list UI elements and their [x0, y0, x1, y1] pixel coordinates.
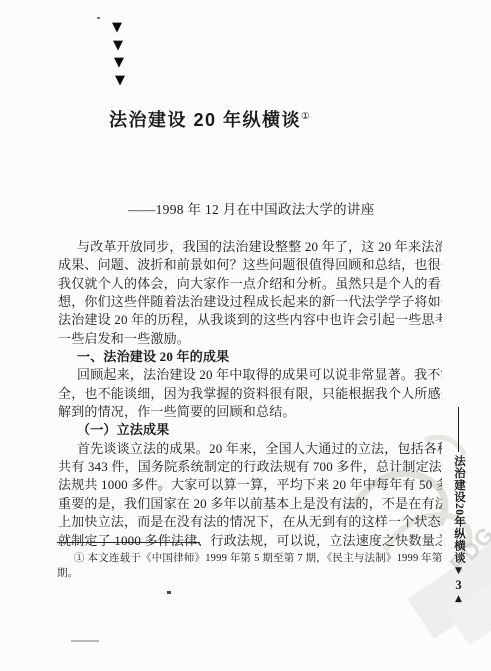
- down-triangle-icon: ▼: [113, 37, 123, 55]
- chapter-title-text: 法治建设 20 年纵横谈: [109, 110, 301, 130]
- body-line: 成果、问题、波折和前景如何？这些问题很值得回顾和总结，也很值得展望。: [58, 256, 442, 274]
- footnote-divider: [57, 542, 200, 543]
- page-edge-sidebar: 法治建设20年纵横谈 ▼ 3 ▲: [450, 407, 467, 604]
- body-line: 我仅就个人的体会，向大家作一点介绍和分析。虽然只是个人的看法，但我: [58, 275, 442, 293]
- chapter-subtitle: ——1998 年 12 月在中国政法大学的讲座: [128, 198, 375, 218]
- body-line: 共有 343 件，国务院系统制定的行政法规有 700 多件，总计制定法律、行政: [58, 458, 442, 476]
- scan-speck: [71, 640, 99, 642]
- running-title-vertical: 法治建设20年纵横谈: [451, 455, 466, 564]
- scan-speck: [167, 591, 171, 594]
- scan-speck: [97, 17, 100, 19]
- body-line: 法规共 1000 多件。大家可以算一算，平均下来 20 年中每年有 50 多件。…: [58, 476, 442, 494]
- body-text: 与改革开放同步，我国的法治建设整整 20 年了，这 20 年来法治建设的 成果、…: [58, 238, 442, 550]
- body-line: 全，也不能谈细，因为我掌握的资料很有限，只能根据我个人所感受到和了: [58, 385, 442, 403]
- body-line: 想，你们这些伴随着法治建设过程成长起来的新一代法学学子将如何看待: [58, 293, 442, 311]
- down-triangle-icon: ▼: [455, 567, 462, 576]
- footnote-line: 期。: [57, 566, 445, 581]
- body-line: 首先谈谈立法的成果。20 年来，全国人大通过的立法，包括各种决定: [58, 440, 442, 458]
- triangle-decoration-column: ▼ ▼ ▼ ▼: [112, 19, 122, 89]
- footnote: ① 本文连载于《中国律师》1999 年第 5 期至第 7 期，《民主与法制》19…: [57, 551, 445, 581]
- body-line: 回顾起来，法治建设 20 年中取得的成果可以说非常显著。我不能谈: [58, 366, 442, 384]
- section-heading: 一、法治建设 20 年的成果: [58, 348, 442, 366]
- chapter-title: 法治建设 20 年纵横谈①: [109, 106, 310, 132]
- body-line: 就制定了 1000 多件法律、行政法规，可以说，立法速度之快数量之多足以令: [58, 532, 442, 550]
- body-line: 上加快立法，而是在没有法的情况下，在从无到有的这样一个状态中，20 年: [58, 513, 442, 531]
- book-page: PDG ▼ ▼ ▼ ▼ 法治建设 20 年纵横谈① ——1998 年 12 月在…: [0, 0, 491, 671]
- down-triangle-icon: ▼: [114, 54, 124, 72]
- sidebar-rule: [458, 407, 460, 452]
- body-line: 一些启发和一些激励。: [58, 330, 442, 348]
- up-triangle-icon: ▲: [455, 595, 462, 604]
- down-triangle-icon: ▼: [112, 19, 122, 37]
- body-line: 重要的是，我们国家在 20 多年以前基本上是没有法的，不是在有法的基础: [58, 495, 442, 513]
- body-line: 法治建设 20 年的历程，从我谈到的这些内容中也许会引起一些思考，受到: [58, 311, 442, 329]
- body-line: 解到的情况，作一些简要的回顾和总结。: [58, 403, 442, 421]
- footnote-reference-mark: ①: [301, 111, 310, 122]
- subsection-heading: （一）立法成果: [58, 421, 442, 439]
- down-triangle-icon: ▼: [115, 72, 125, 90]
- body-line: 与改革开放同步，我国的法治建设整整 20 年了，这 20 年来法治建设的: [58, 238, 442, 256]
- page-number: 3: [455, 579, 461, 592]
- footnote-line: ① 本文连载于《中国律师》1999 年第 5 期至第 7 期，《民主与法制》19…: [57, 551, 445, 566]
